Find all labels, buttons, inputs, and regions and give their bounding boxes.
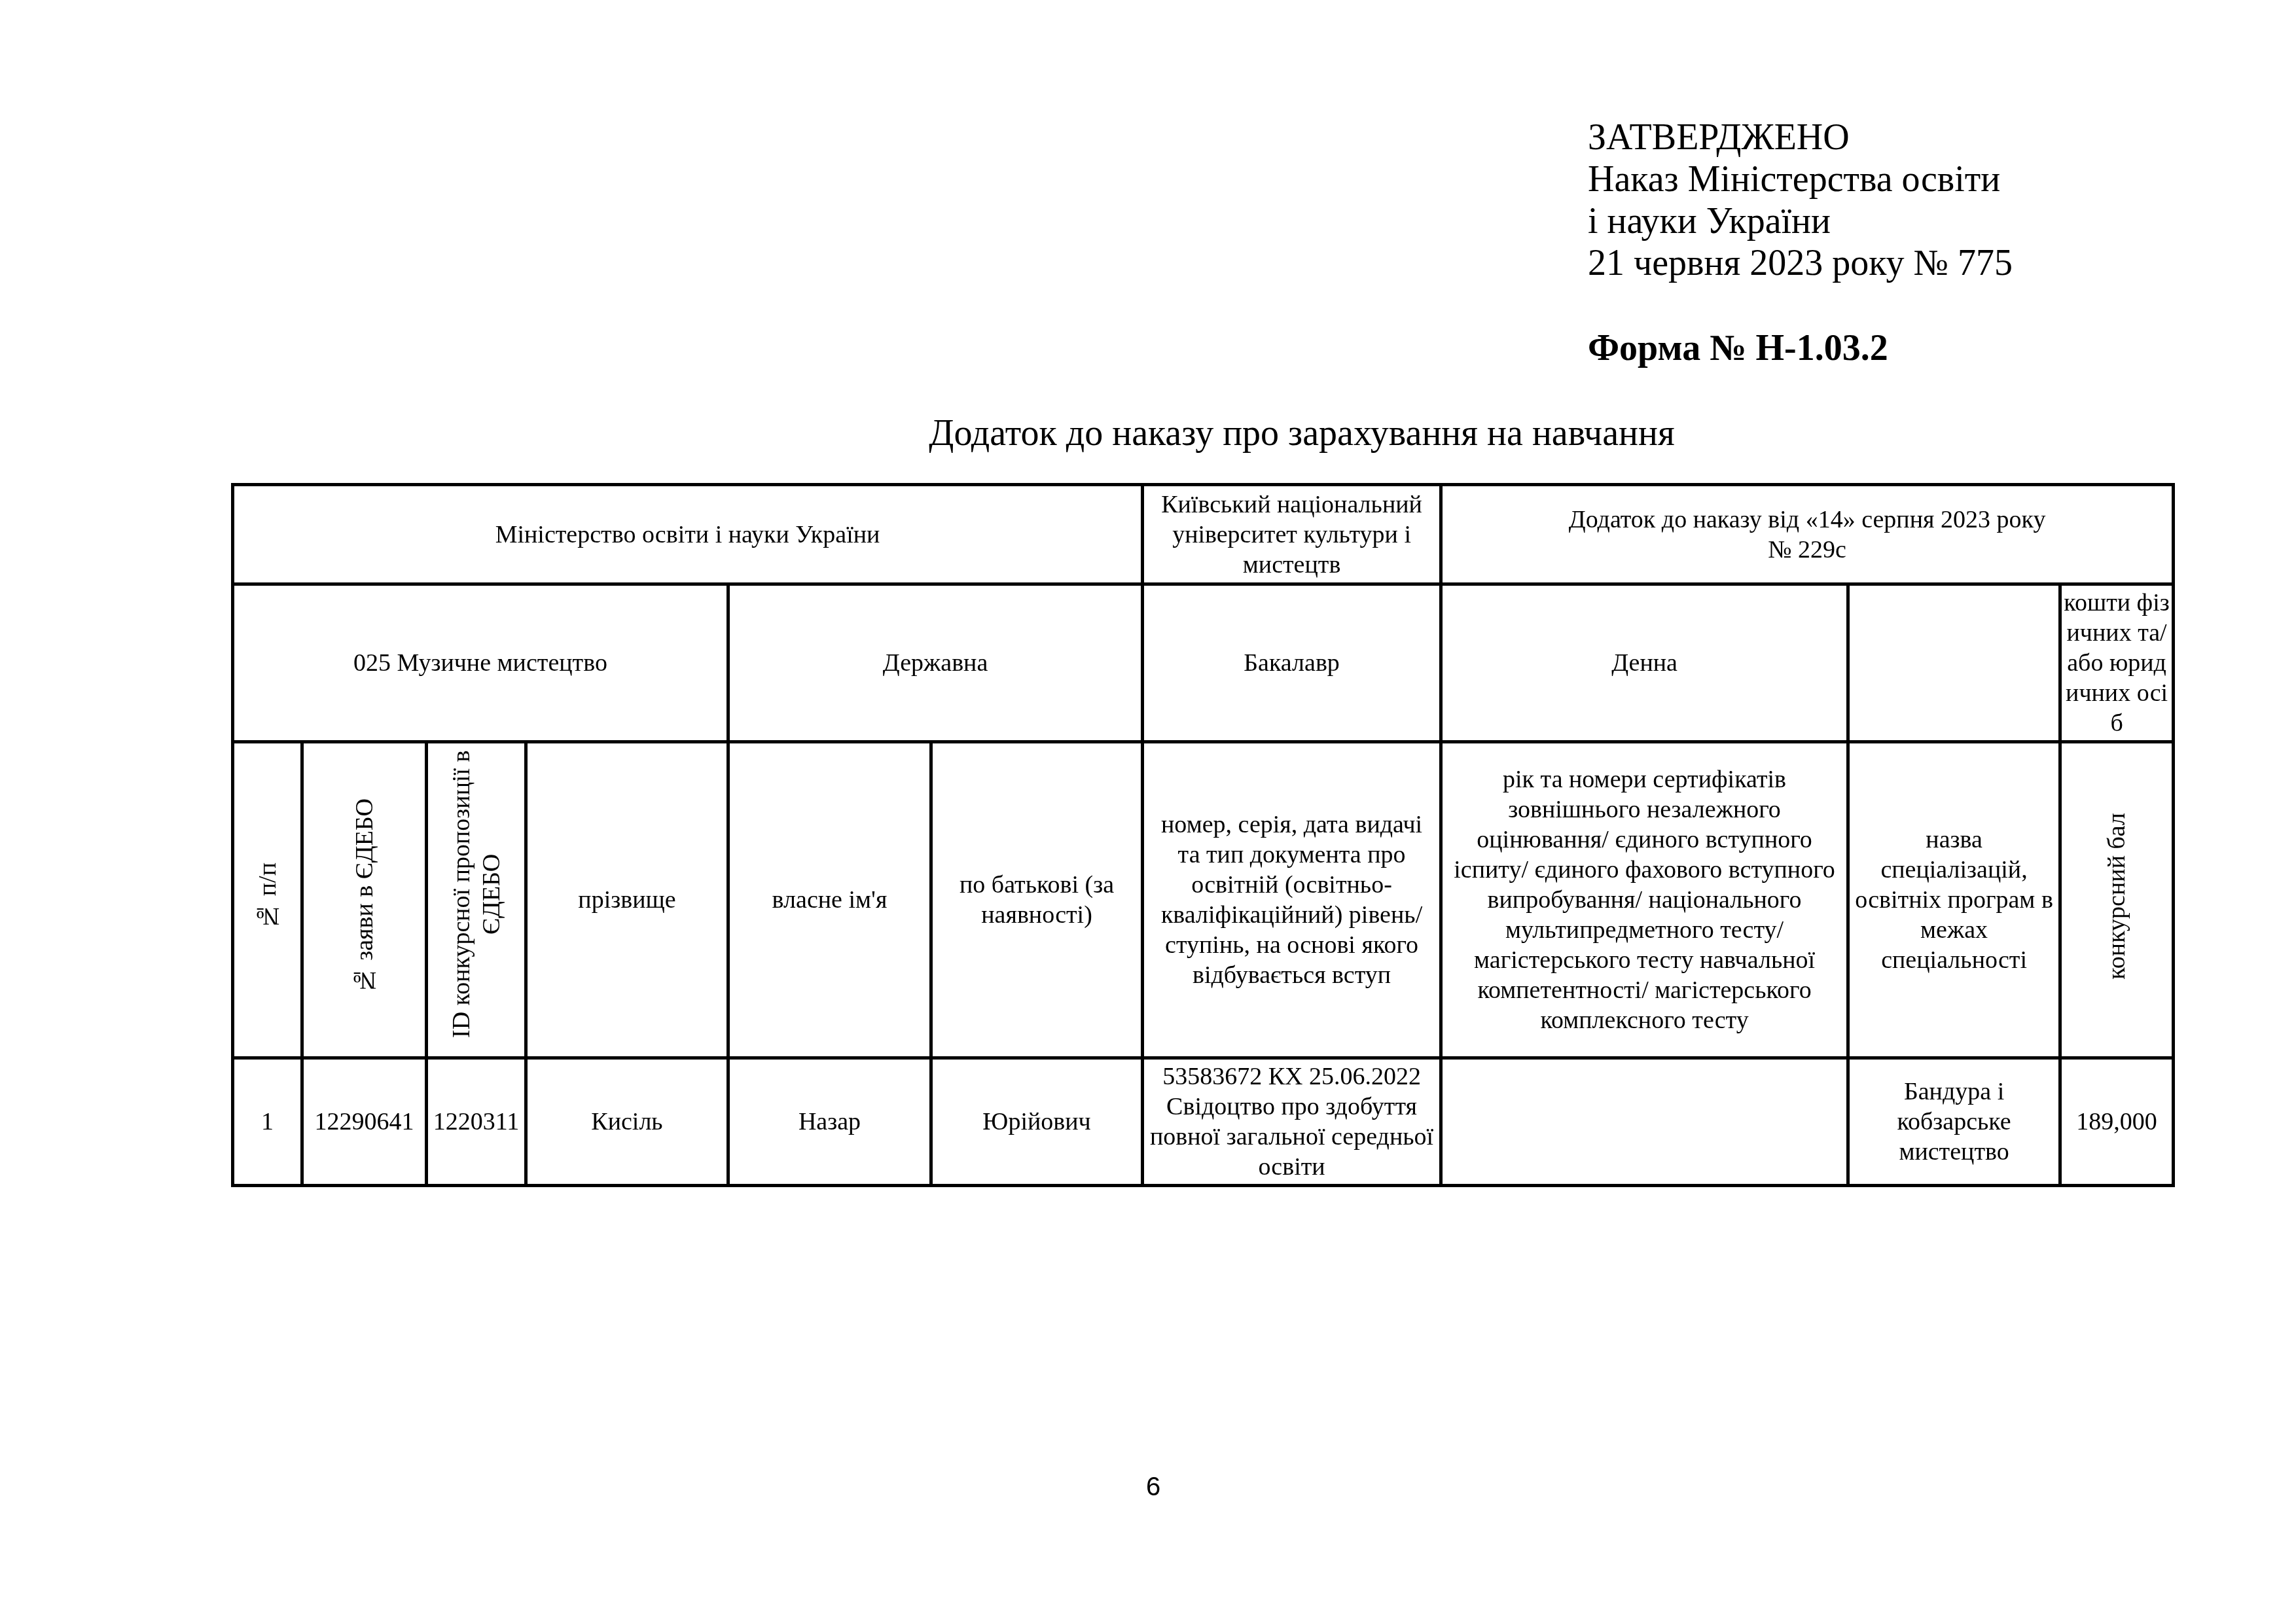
table-row: 1 12290641 1220311 Кисіль Назар Юрійович… (233, 1058, 2174, 1186)
form-number: Форма № Н-1.03.2 (1588, 327, 1888, 369)
column-headers-row: № п/п № заяви в ЄДЕБО ID конкурсної проп… (233, 742, 2174, 1058)
col-header-specialization: назва спеціалізацій, освітніх програм в … (1848, 742, 2060, 1058)
order-ref-cell: Додаток до наказу від «14» серпня 2023 р… (1441, 485, 2174, 584)
order-number-text: № 229с (1446, 535, 2168, 565)
col-header-first-name: власне ім'я (728, 742, 931, 1058)
header-row-program: 025 Музичне мистецтво Державна Бакалавр … (233, 584, 2174, 742)
cell-patronymic: Юрійович (931, 1058, 1143, 1186)
approval-date-line: 21 червня 2023 року № 775 (1588, 242, 2013, 284)
cell-document: 53583672 КХ 25.06.2022 Свідоцтво про здо… (1143, 1058, 1441, 1186)
col-header-surname: прізвище (526, 742, 728, 1058)
approval-order-line: Наказ Міністерства освіти (1588, 158, 2013, 200)
col-header-offer-id: ID конкурсної пропозиції в ЄДЕБО (427, 742, 526, 1058)
empty-cell (1848, 584, 2060, 742)
cell-certificates (1441, 1058, 1848, 1186)
cell-first-name: Назар (728, 1058, 931, 1186)
enrollment-table: Міністерство освіти і науки України Київ… (231, 483, 2175, 1187)
specialty-cell: 025 Музичне мистецтво (233, 584, 728, 742)
cell-number: 1 (233, 1058, 302, 1186)
cell-application-no: 12290641 (302, 1058, 427, 1186)
ministry-cell: Міністерство освіти і науки України (233, 485, 1143, 584)
col-header-certificates: рік та номери сертифікатів зовнішнього н… (1441, 742, 1848, 1058)
cell-specialization: Бандура і кобзарське мистецтво (1848, 1058, 2060, 1186)
cell-score: 189,000 (2060, 1058, 2174, 1186)
col-header-document: номер, серія, дата видачі та тип докумен… (1143, 742, 1441, 1058)
degree-cell: Бакалавр (1143, 584, 1441, 742)
study-form-cell: Денна (1441, 584, 1848, 742)
funding-cell: Державна (728, 584, 1143, 742)
col-header-number: № п/п (233, 742, 302, 1058)
col-header-patronymic: по батькові (за наявності) (931, 742, 1143, 1058)
approval-block: ЗАТВЕРДЖЕНО Наказ Міністерства освіти і … (1588, 116, 2013, 284)
col-header-application-no: № заяви в ЄДЕБО (302, 742, 427, 1058)
approval-heading: ЗАТВЕРДЖЕНО (1588, 116, 2013, 158)
university-cell: Київський національний університет культ… (1143, 485, 1441, 584)
cell-offer-id: 1220311 (427, 1058, 526, 1186)
page-number: 6 (1140, 1472, 1166, 1502)
cell-surname: Кисіль (526, 1058, 728, 1186)
col-header-score: конкурсний бал (2060, 742, 2174, 1058)
header-row-institution: Міністерство освіти і науки України Київ… (233, 485, 2174, 584)
funding-source-cell: кошти фізичних та/або юридичних осіб (2060, 584, 2174, 742)
approval-ministry-line: і науки України (1588, 200, 2013, 242)
order-ref-text: Додаток до наказу від «14» серпня 2023 р… (1446, 505, 2168, 535)
document-title: Додаток до наказу про зарахування на нав… (0, 412, 2296, 454)
